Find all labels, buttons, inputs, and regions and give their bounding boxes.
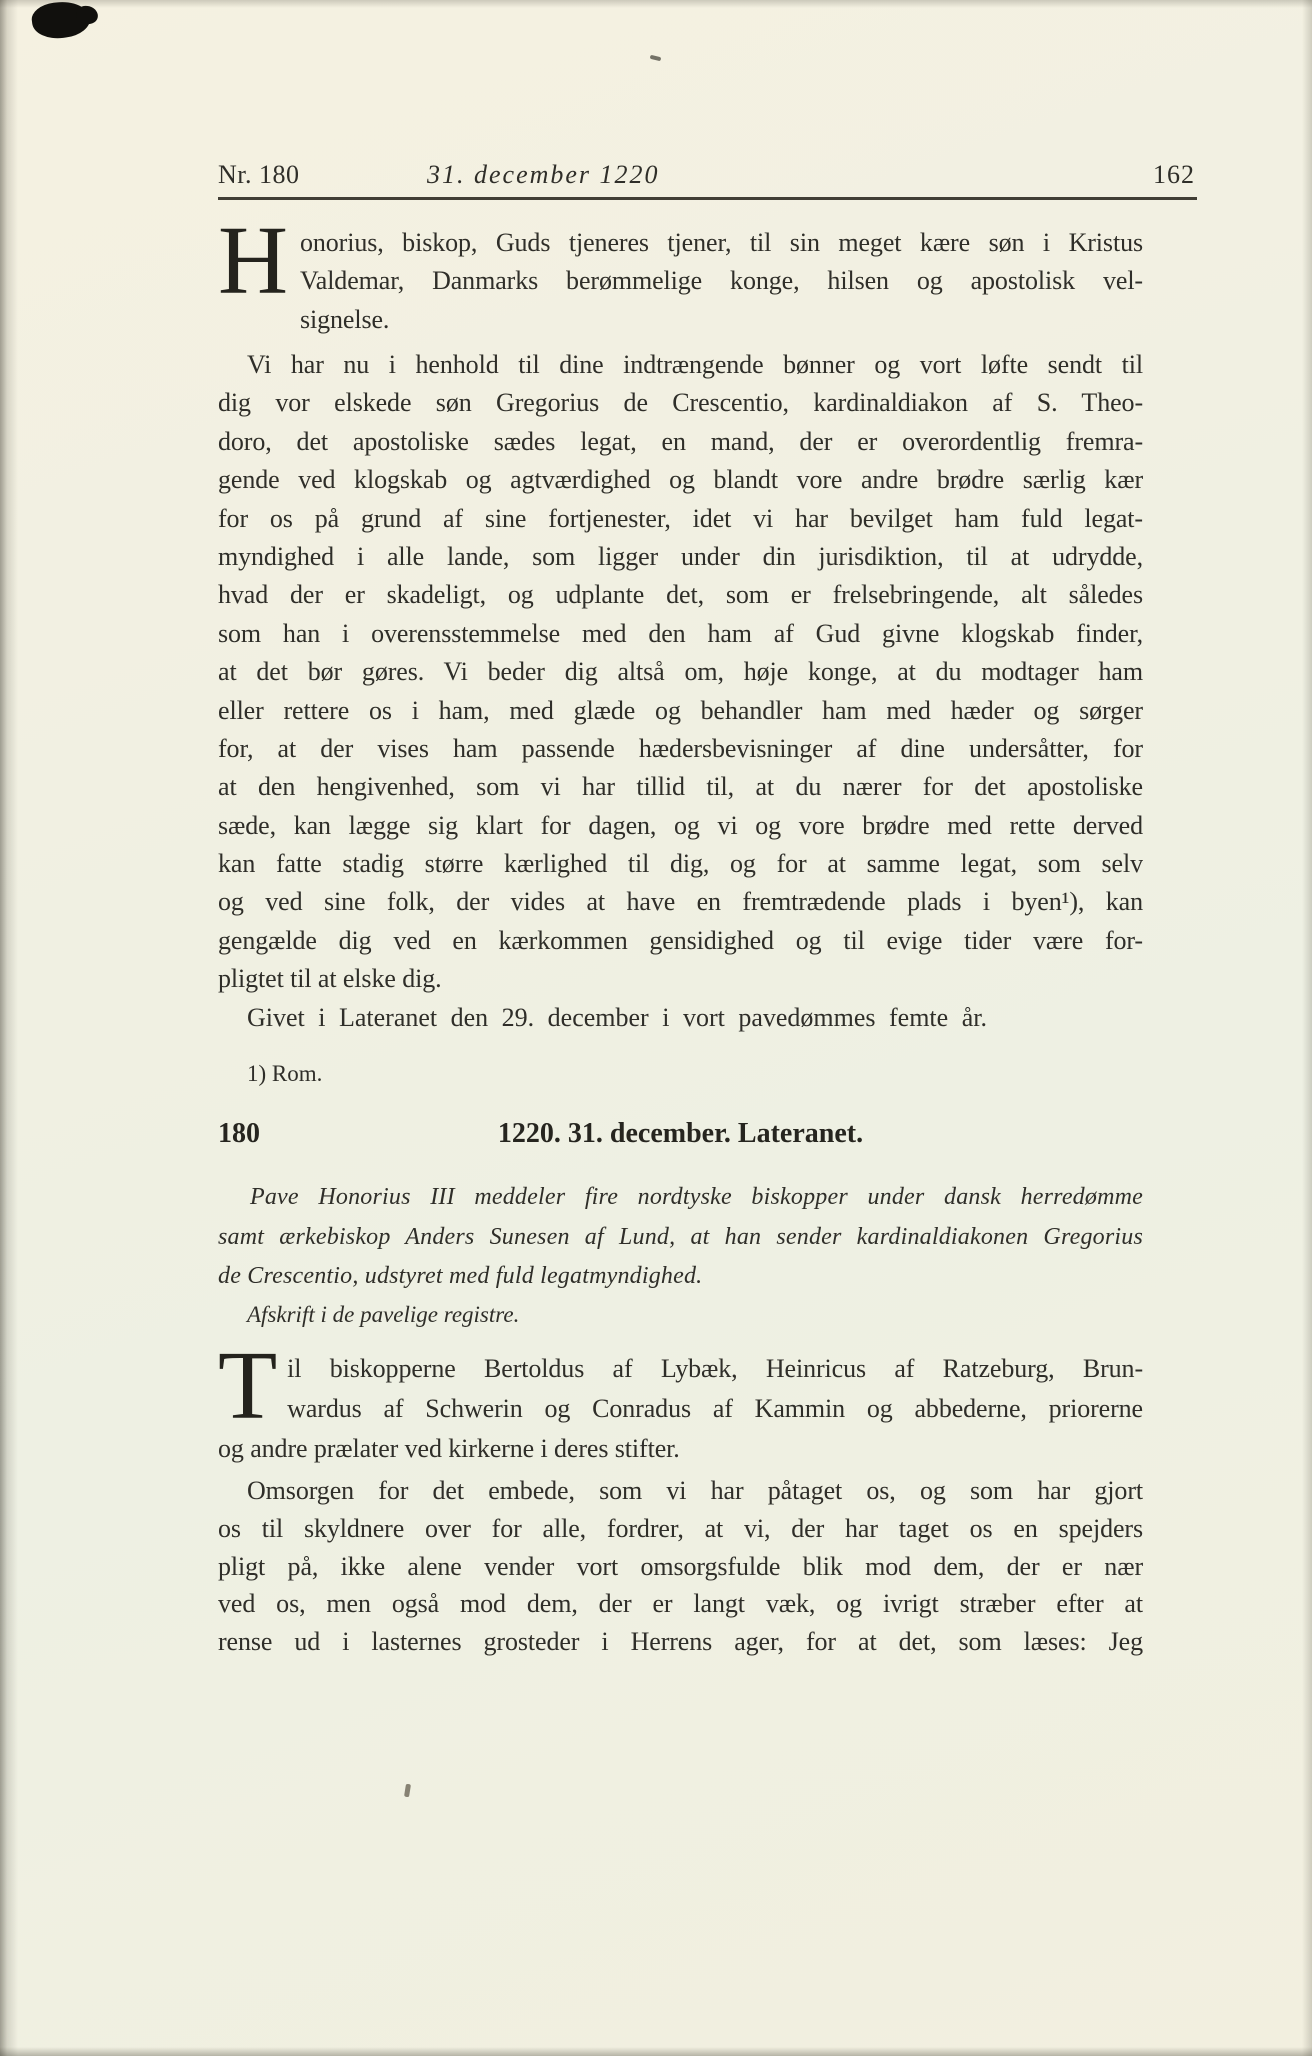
text-line: for os på grund af sine fortjenester, id… [218,500,1143,538]
dropcap-h: H [218,224,300,301]
text-line: onorius, biskop, Guds tjeneres tjener, t… [300,224,1143,262]
text-line: Vi har nu i henhold til dine indtrængend… [218,346,1143,384]
entry-heading: 1220. 31. december. Lateranet. [218,1118,1143,1150]
text-line: dig vor elskede søn Gregorius de Crescen… [218,384,1143,422]
letter-dateline: Givet i Lateranet den 29. december i vor… [218,999,1143,1037]
text-line: og ved sine folk, der vides at have en f… [218,883,1143,921]
entry-heading-row: 180 1220. 31. december. Lateranet. [218,1118,1143,1154]
header-rule [218,197,1197,200]
page-edge-shadow-left [0,0,18,2056]
text-line: sæde, kan lægge sig klart for dagen, og … [218,807,1143,845]
letter-salutation: H onorius, biskop, Guds tjeneres tjener,… [218,224,1143,339]
scanned-book-page: Nr. 180 31. december 1220 162 H onorius,… [0,0,1312,2056]
text-line: pligtet til at elske dig. [218,960,1143,998]
ink-speck-artifact [404,1784,411,1798]
page-edge-shadow-bottom [0,2047,1312,2056]
text-line: Omsorgen for det embede, som vi har påta… [218,1472,1143,1510]
text-line: signelse. [300,301,1143,339]
text-line: gende ved klogskab og agtværdighed og bl… [218,461,1143,499]
ink-speck-artifact [650,55,662,62]
entry-number: 180 [218,1118,260,1150]
text-line: at det bør gøres. Vi beder dig altså om,… [218,653,1143,691]
footnote: 1) Rom. [247,1059,322,1089]
entry-summary: Pave Honorius III meddeler fire nordtysk… [218,1178,1143,1297]
running-header-doc-number: Nr. 180 [218,160,300,190]
text-line: for, at der vises ham passende hædersbev… [218,730,1143,768]
text-line: de Crescentio, udstyret med fuld legatmy… [218,1257,1143,1297]
letter2-address: T il biskopperne Bertoldus af Lybæk, Hei… [218,1349,1143,1469]
text-line: myndighed i alle lande, som ligger under… [218,538,1143,576]
letter2-body: Omsorgen for det embede, som vi har påta… [218,1472,1143,1661]
text-line: il biskopperne Bertoldus af Lybæk, Heinr… [287,1349,1143,1389]
text-line: hvad der er skadeligt, og udplante det, … [218,576,1143,614]
text-line: rense ud i lasternes grosteder i Herrens… [218,1623,1143,1661]
text-line: gengælde dig ved en kærkommen gensidighe… [218,922,1143,960]
text-line: ved os, men også mod dem, der er langt v… [218,1585,1143,1623]
text-line: Valdemar, Danmarks berømmelige konge, hi… [300,262,1143,300]
page-number: 162 [1153,160,1195,190]
text-line: eller rettere os i ham, med glæde og beh… [218,692,1143,730]
running-header-date: 31. december 1220 [427,160,660,190]
running-header: Nr. 180 31. december 1220 162 [218,160,1197,194]
entry-source-note: Afskrift i de pavelige registre. [247,1300,519,1330]
text-line: og andre prælater ved kirkerne i deres s… [218,1429,1143,1469]
page-edge-shadow-right [1302,0,1312,2056]
letter-body: Vi har nu i henhold til dine indtrængend… [218,346,1143,999]
dropcap-t: T [218,1349,287,1426]
text-line: samt ærkebiskop Anders Sunesen af Lund, … [218,1218,1143,1258]
text-line: Pave Honorius III meddeler fire nordtysk… [218,1178,1143,1218]
page-edge-shadow-top [0,0,1312,8]
text-line: kan fatte stadig større kærlighed til di… [218,845,1143,883]
text-line: os til skyldnere over for alle, fordrer,… [218,1510,1143,1548]
text-line: pligt på, ikke alene vender vort omsorgs… [218,1548,1143,1586]
text-line: wardus af Schwerin og Conradus af Kammin… [287,1389,1143,1429]
text-line: doro, det apostoliske sædes legat, en ma… [218,423,1143,461]
text-line: som han i overensstemmelse med den ham a… [218,615,1143,653]
text-line: at den hengivenhed, som vi har tillid ti… [218,768,1143,806]
